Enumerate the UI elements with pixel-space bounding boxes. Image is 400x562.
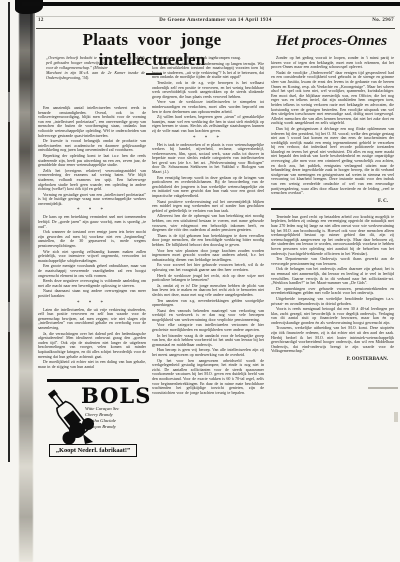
paragraph: Zonder op het geding vooruit te loopen, … bbox=[271, 56, 394, 70]
paragraph: Ja, omdat zij er is! Die jonge menschen … bbox=[152, 284, 264, 298]
column-2-body: is in de op vele gebieden sterk ingekrom… bbox=[152, 56, 264, 466]
paragraph: Trouwens, werkelijke uitbreiding van het… bbox=[271, 326, 394, 354]
paragraph: Het is taak te onderzoeken of er plaats … bbox=[152, 143, 264, 175]
paragraph: Thans is de tijd gekomen hun betrekkinge… bbox=[152, 234, 264, 248]
paragraph: Zij willen hard werken, begeeren geen „s… bbox=[152, 115, 264, 133]
paragraph: De kans op een betrekking vermindert sne… bbox=[38, 215, 146, 229]
header-rule-top bbox=[36, 16, 395, 17]
paragraph: De opmerkingen over gehuwde vrouwen, pen… bbox=[271, 287, 394, 296]
paragraph: Wie zich niet spoedig zelfstandig kunnen… bbox=[38, 250, 146, 264]
ad-top-rule bbox=[47, 379, 139, 382]
paragraph: Ook de belangen van het onderwijs zullen… bbox=[271, 267, 394, 285]
paragraph: Allereerst hen die de opbrengst van hun … bbox=[152, 214, 264, 232]
article2-body: Zonder op het geding vooruit te loopen, … bbox=[271, 56, 394, 197]
paragraph: Naast positieve werkverruiming zal het o… bbox=[152, 200, 264, 214]
column-3: Zonder op het geding vooruit te loopen, … bbox=[271, 56, 394, 460]
ad-slogan-box: „Koopt Nederl. fabrikaat!” bbox=[49, 444, 137, 457]
article2-signature: F. C. bbox=[271, 199, 394, 204]
paragraph: Laten die intellectueelen, die uit vrije… bbox=[38, 308, 146, 331]
ad-product: Curaçao Brandy bbox=[85, 424, 141, 430]
paragraph: Voorts is reeds menigmaal betoogd dat ee… bbox=[271, 307, 394, 325]
paragraph: Uitgebreide toepassing van wettelijke be… bbox=[271, 297, 394, 306]
paragraph: Verre van de werklooze intellectueelen t… bbox=[152, 100, 264, 114]
scan-right-speck bbox=[394, 412, 398, 422]
paragraph: Ten aanzien van z.g. nevenbetrekkingen g… bbox=[152, 299, 264, 308]
article1-signature: P. OOSTERBAAN. bbox=[271, 357, 394, 362]
paragraph: Nadat de vroolijke „Onderwereld” daar ee… bbox=[271, 71, 394, 126]
paragraph: Hun beroep is geen vrij beroep. Van alle… bbox=[152, 348, 264, 357]
header-rule-bottom bbox=[36, 28, 395, 29]
paragraph: Vorming en gestadige groei van een „inte… bbox=[38, 193, 146, 207]
paragraph: Ook wanneer de toestand over eenige jare… bbox=[38, 230, 146, 248]
column-1-body: Een aanzienlijk aantal intellectueelen v… bbox=[38, 106, 146, 377]
scan-edge-line bbox=[8, 2, 10, 462]
section-divider: * * * bbox=[38, 208, 146, 213]
paragraph: Tenslotte, ook in de z.g. vrije beroepen… bbox=[152, 81, 264, 99]
paragraph: De moeilijkheid zit echter niet in een d… bbox=[38, 360, 146, 369]
section-divider: * * * bbox=[38, 301, 146, 306]
issue-number: No. 2967 bbox=[372, 18, 394, 23]
ad-product-list: Witte Curaçao SecCherry BrandyMentha Gla… bbox=[85, 406, 141, 430]
paragraph: is in de op vele gebieden sterk ingekrom… bbox=[152, 56, 264, 61]
paragraph: In het bizonder vraag ik de aandacht voo… bbox=[152, 334, 264, 348]
masthead-title: De Groene Amsterdammer van 14 April 1934 bbox=[36, 18, 395, 23]
newspaper-page: 12 De Groene Amsterdammer van 14 April 1… bbox=[0, 0, 400, 562]
article2-headline: Het proces-Onnes bbox=[268, 33, 395, 50]
paragraph: Reeds deze negatieve overweging is voldo… bbox=[38, 279, 146, 288]
quote-attribution: Marchant in zijn M.v.A. aan de 2e Kamer … bbox=[46, 71, 145, 81]
scan-edge-shadow bbox=[30, 0, 35, 320]
article-divider-rule bbox=[271, 208, 394, 210]
paragraph: Voor hen wier plaatsen door jonge kracht… bbox=[152, 249, 264, 263]
bols-advertisement: BOLS Witte Curaçao SecCherry BrandyMenth… bbox=[45, 378, 141, 468]
paragraph: Beperking der opleiding komt te laat t.a… bbox=[38, 154, 146, 168]
paragraph: Dan bij de getuigenissen à décharge een … bbox=[271, 127, 394, 196]
paragraph: Een eenzijdig beroep wordt in deze gedaa… bbox=[152, 176, 264, 199]
paragraph: Een aanzienlijk aantal intellectueelen v… bbox=[38, 106, 146, 138]
paragraph: Teneinde hun goed recht op betaalden arb… bbox=[271, 215, 394, 256]
paragraph: En voor zooveel het hier gehuwde vrouwen… bbox=[152, 263, 264, 272]
paragraph: Voor elke categorie van intellectueelen … bbox=[152, 323, 264, 332]
paragraph: Naast daarnaast staan nog andere overweg… bbox=[38, 289, 146, 298]
lead-quote: „Overigens behoeft bedacht te worden, da… bbox=[46, 56, 145, 70]
section-divider: * * * bbox=[152, 136, 264, 141]
scan-top-bar bbox=[22, 2, 400, 6]
paragraph: De kwestie is vooral belangrijk omdat de… bbox=[38, 139, 146, 153]
paragraph: Ja, die verzuchtingen over het dalend pe… bbox=[38, 332, 146, 360]
paragraph: Heeft de werklooze jeugd het recht, zich… bbox=[152, 274, 264, 283]
paragraph: Ten Departemente van Onderwijs wordt tha… bbox=[271, 257, 394, 266]
lead-quote-block: „Overigens behoeft bedacht te worden, da… bbox=[46, 56, 145, 81]
paragraph: Academische studie is een onderneming op… bbox=[152, 62, 264, 80]
article1-continuation-body: Teneinde hun goed recht op betaalden arb… bbox=[271, 215, 394, 355]
paragraph: Naast den vanouds bekenden maatregel van… bbox=[152, 309, 264, 323]
paragraph: Een groote menigte voorshands geheel onb… bbox=[38, 264, 146, 278]
paragraph: Zelfs het (overigens relatieve) verzwari… bbox=[38, 169, 146, 192]
paragraph: Op het voor hen aangewezen arbeidsveld w… bbox=[152, 359, 264, 396]
ad-brand-name: BOLS bbox=[81, 383, 151, 408]
